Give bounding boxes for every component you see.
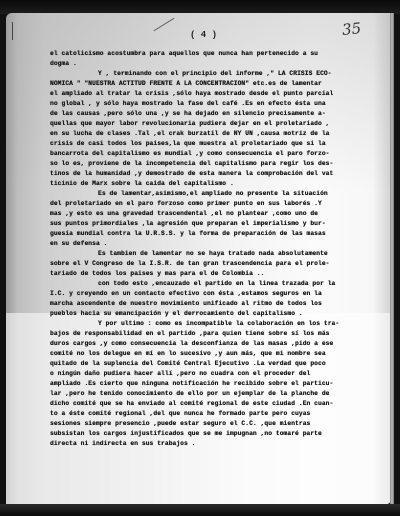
text-line: marcha ascendente de nuestro movimiento … bbox=[50, 299, 395, 309]
text-line: con todo esto ,encauzado el partido en l… bbox=[50, 279, 395, 289]
text-line: comité no los delegue en mí en lo sucesi… bbox=[50, 349, 395, 359]
text-line: el catolicismo acostumbra para aquellos … bbox=[50, 49, 395, 59]
text-line: Y , terminando con el principio del info… bbox=[50, 69, 395, 79]
text-line: ticinio de Marx sobre la caida del capit… bbox=[50, 179, 395, 189]
text-line: tinos de la humanidad ,y demostrado de e… bbox=[50, 169, 395, 179]
text-line: quellas que mayor labor revolucionaria p… bbox=[50, 119, 395, 129]
text-line: en su defensa . bbox=[50, 239, 395, 249]
text-line: to a éste comité regional ,del que nunca… bbox=[50, 409, 395, 419]
text-line: subsistan los cargos injustificados que … bbox=[50, 429, 395, 439]
text-line: del proletariado en el paro forzoso como… bbox=[50, 199, 395, 209]
text-line: quitado de la suplencia del Comité Centr… bbox=[50, 359, 395, 369]
text-line: guesia mundial contra la U.R.S.S. y la f… bbox=[50, 229, 395, 239]
text-line: tariado de todos los paises y mas para e… bbox=[50, 269, 395, 279]
handwritten-folio-number: 35 bbox=[341, 19, 362, 39]
text-line: directa ni indirecta en sus trabajos . bbox=[50, 439, 395, 449]
text-line: dicho comité que se ha enviado al comité… bbox=[50, 399, 395, 409]
text-line: I.C. y creyendo en un contacto efectivo … bbox=[50, 289, 395, 299]
text-line: Es tambien de lamentar no se haya tratad… bbox=[50, 249, 395, 259]
text-line: Y por ultimo : como es incompatible la c… bbox=[50, 319, 395, 329]
text-line: bajos de responsabilidad en el partido ,… bbox=[50, 329, 395, 339]
text-line: sus puntos primordiales ,la agresión que… bbox=[50, 219, 395, 229]
scan-border-bottom bbox=[0, 504, 400, 516]
text-line: no global , y sólo haya mostrado la fase… bbox=[50, 99, 395, 109]
text-line: mas ,y esto es una gravedad trascendenta… bbox=[50, 209, 395, 219]
page-number: ( 4 ) bbox=[190, 30, 217, 40]
pencil-mark bbox=[12, 22, 13, 40]
text-line: NOMICA " "NUESTRA ACTITUD FRENTE A LA CO… bbox=[50, 79, 395, 89]
text-line: duros cargos ,y como consecuencia la des… bbox=[50, 339, 395, 349]
text-line: ampliado .Es cierto que ninguna notifica… bbox=[50, 379, 395, 389]
text-line: sesiones siempre presencio ,puede estar … bbox=[50, 419, 395, 429]
text-line: so lo es, proviene de la incompetencia d… bbox=[50, 159, 395, 169]
text-line: lar ,pero he tenido conocimiento de ello… bbox=[50, 389, 395, 399]
scan-border-top bbox=[0, 0, 400, 14]
text-line: en su lucha de clases .Tal ,el crak burz… bbox=[50, 129, 395, 139]
text-line: de las causas ,pero sólo una ,y se ha de… bbox=[50, 109, 395, 119]
text-line: crisis de casi todos los paises,la que m… bbox=[50, 139, 395, 149]
document-body: el catolicismo acostumbra para aquellos … bbox=[50, 49, 395, 449]
text-line: pueblos hacia su emancipación y el derro… bbox=[50, 309, 395, 319]
text-line: el ampliado al tratar la crisis ,sólo ha… bbox=[50, 89, 395, 99]
text-line: o ningún daño pudiera hacer allí ,pero n… bbox=[50, 369, 395, 379]
text-line: sobre el V Congreso de la I.S.R. de tan … bbox=[50, 259, 395, 269]
text-line: Es de lamentar,asimismo,el ampliado no p… bbox=[50, 189, 395, 199]
text-line: dogma . bbox=[50, 59, 395, 69]
text-line: bancarrota del capitalismo es mundial ,y… bbox=[50, 149, 395, 159]
